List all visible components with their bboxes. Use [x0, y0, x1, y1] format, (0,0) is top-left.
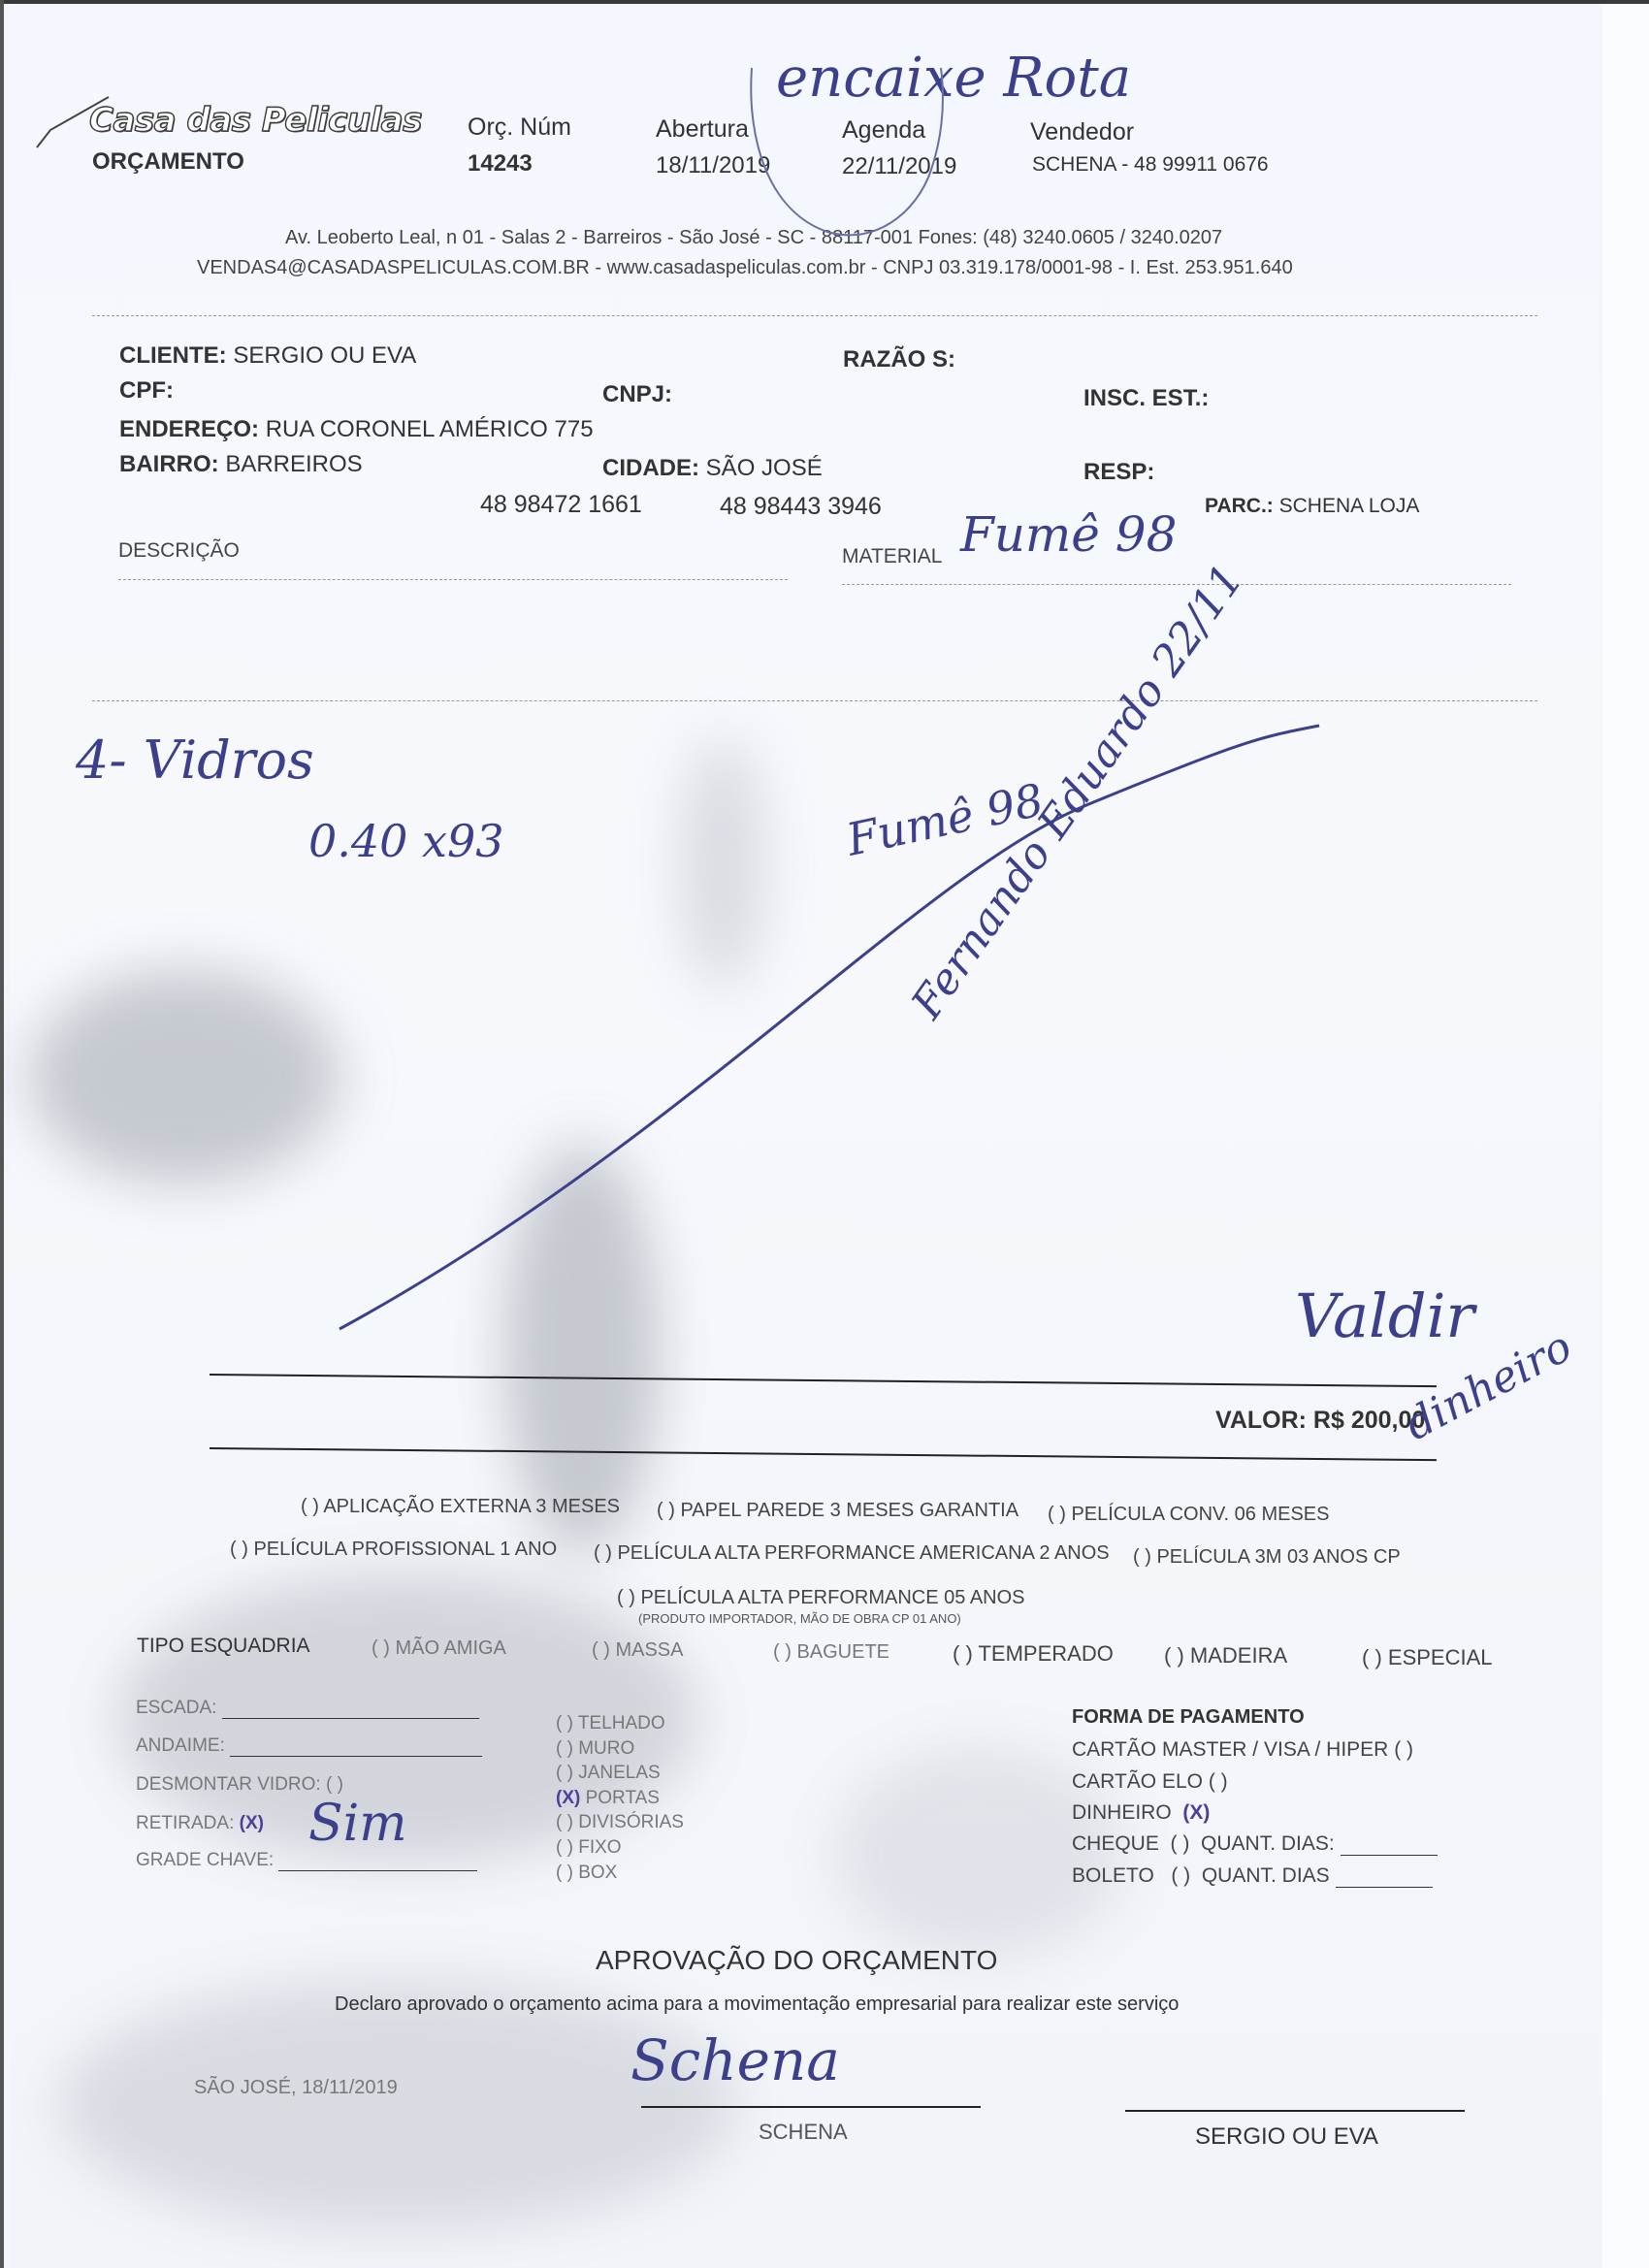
cidade-row: CIDADE: SÃO JOSÉ — [602, 455, 823, 482]
payment-master[interactable]: CARTÃO MASTER / VISA / HIPER ( ) — [1072, 1738, 1413, 1762]
material-label: MATERIAL — [842, 545, 942, 568]
cpf-label: CPF: — [119, 377, 174, 404]
andaime-row: ANDAIME: — [136, 1735, 482, 1757]
insc-label: INSC. EST.: — [1083, 385, 1209, 411]
material-line — [842, 584, 1511, 585]
payment-cheque-days-input[interactable] — [1341, 1837, 1438, 1856]
endereco-row: ENDEREÇO: RUA CORONEL AMÉRICO 775 — [119, 416, 594, 443]
smudge — [58, 1979, 737, 2231]
bairro-value: BARREIROS — [225, 451, 362, 477]
service-option-label: PELÍCULA PROFISSIONAL 1 ANO — [253, 1539, 557, 1560]
resp-label: RESP: — [1083, 459, 1154, 485]
vendedor-value: SCHENA - 48 99911 0676 — [1032, 153, 1269, 177]
service-option[interactable]: ( ) PELÍCULA PROFISSIONAL 1 ANO — [230, 1539, 557, 1561]
esquadria-option-label: ESPECIAL — [1388, 1645, 1493, 1669]
client-phone-2: 48 98443 3946 — [720, 493, 882, 521]
cpf-row: CPF: — [119, 377, 174, 405]
agenda-label: Agenda — [842, 116, 925, 145]
location-list: ( ) TELHADO ( ) MURO ( ) JANELAS (X) POR… — [556, 1711, 684, 1885]
desmontar-label: DESMONTAR VIDRO: — [136, 1774, 321, 1795]
esquadria-option[interactable]: ( ) BAGUETE — [773, 1641, 889, 1664]
cnpj-row: CNPJ: — [602, 381, 672, 408]
approval-title: APROVAÇÃO DO ORÇAMENTO — [596, 1945, 997, 1976]
endereco-value: RUA CORONEL AMÉRICO 775 — [266, 416, 594, 442]
material-handwritten: Fumê 98 — [960, 506, 1177, 563]
bairro-row: BAIRRO: BARREIROS — [119, 451, 363, 478]
payment-title: FORMA DE PAGAMENTO — [1072, 1706, 1305, 1729]
handwritten-initials: Valdir — [1295, 1280, 1474, 1351]
service-option-label: PAPEL PAREDE 3 MESES GARANTIA — [680, 1500, 1018, 1521]
smudge — [29, 970, 339, 1183]
payment-master-label: CARTÃO MASTER / VISA / HIPER — [1072, 1738, 1388, 1761]
orc-num-label: Orç. Núm — [468, 113, 571, 142]
scan-margin — [1602, 0, 1649, 2268]
vendedor-label: Vendedor — [1030, 118, 1134, 146]
cidade-label: CIDADE: — [602, 455, 699, 481]
razao-row: RAZÃO S: — [843, 346, 955, 373]
cnpj-label: CNPJ: — [602, 381, 672, 407]
location-item[interactable]: ( ) JANELAS — [556, 1761, 684, 1786]
payment-master-checkbox[interactable]: ( ) — [1394, 1738, 1413, 1761]
location-item[interactable]: ( ) BOX — [556, 1861, 684, 1886]
payment-elo[interactable]: CARTÃO ELO ( ) — [1072, 1770, 1228, 1794]
location-label: JANELAS — [578, 1763, 660, 1783]
grade-row: GRADE CHAVE: — [136, 1850, 477, 1871]
payment-boleto[interactable]: BOLETO ( ) QUANT. DIAS — [1072, 1864, 1433, 1888]
payment-dinheiro-checkbox[interactable]: (X) — [1182, 1801, 1210, 1824]
cliente-row: CLIENTE: SERGIO OU EVA — [119, 342, 416, 370]
service-option[interactable]: ( ) PAPEL PAREDE 3 MESES GARANTIA — [657, 1500, 1018, 1522]
service-option-label: PELÍCULA CONV. 06 MESES — [1071, 1504, 1329, 1525]
location-label: PORTAS — [586, 1788, 660, 1808]
endereco-label: ENDEREÇO: — [119, 416, 259, 442]
payment-cheque-label: CHEQUE — [1072, 1832, 1159, 1855]
retirada-row: RETIRADA: (X) — [136, 1813, 264, 1834]
location-label: TELHADO — [578, 1713, 665, 1733]
payment-boleto-days-input[interactable] — [1336, 1869, 1433, 1888]
payment-dinheiro[interactable]: DINHEIRO (X) — [1072, 1801, 1210, 1825]
escada-input[interactable] — [222, 1701, 479, 1719]
service-note: (PRODUTO IMPORTADOR, MÃO DE OBRA CP 01 A… — [638, 1611, 961, 1626]
location-label: MURO — [578, 1738, 634, 1759]
descricao-line — [118, 579, 788, 580]
location-label: BOX — [578, 1863, 617, 1883]
client-signature-line[interactable] — [1125, 2110, 1465, 2112]
service-option-label: PELÍCULA 3M 03 ANOS CP — [1156, 1546, 1400, 1568]
location-checkbox[interactable]: ( ) — [556, 1863, 573, 1883]
location-label: DIVISÓRIAS — [578, 1812, 684, 1832]
service-option[interactable]: ( ) APLICAÇÃO EXTERNA 3 MESES — [301, 1496, 620, 1518]
desmontar-checkbox[interactable]: ( ) — [326, 1774, 343, 1795]
smudge — [504, 1145, 660, 1552]
descricao-label: DESCRIÇÃO — [118, 539, 240, 563]
location-checkbox[interactable]: ( ) — [556, 1713, 573, 1733]
location-checkbox[interactable]: ( ) — [556, 1837, 573, 1858]
payment-elo-checkbox[interactable]: ( ) — [1209, 1770, 1228, 1793]
handwritten-item: 4- Vidros — [76, 729, 314, 791]
retirada-label: RETIRADA: — [136, 1813, 234, 1833]
handwritten-header-note: encaixe Rota — [776, 47, 1131, 110]
location-item[interactable]: ( ) TELHADO — [556, 1711, 684, 1736]
grade-label: GRADE CHAVE: — [136, 1850, 274, 1870]
service-option-label: PELÍCULA ALTA PERFORMANCE 05 ANOS — [640, 1587, 1024, 1608]
divider — [92, 700, 1537, 701]
esquadria-label: TIPO ESQUADRIA — [137, 1635, 310, 1658]
cliente-value: SERGIO OU EVA — [233, 342, 416, 369]
resp-row: RESP: — [1083, 459, 1154, 486]
scan-edge-top — [0, 0, 1649, 4]
retirada-handwritten: Sim — [308, 1795, 407, 1853]
payment-boleto-label: BOLETO — [1072, 1864, 1154, 1887]
andaime-label: ANDAIME: — [136, 1735, 225, 1756]
client-phone-1: 48 98472 1661 — [480, 491, 642, 519]
esquadria-option[interactable]: ( ) MÃO AMIGA — [372, 1637, 506, 1660]
location-item[interactable]: (X) PORTAS — [556, 1786, 684, 1811]
payment-boleto-days-label: QUANT. DIAS — [1202, 1864, 1330, 1887]
andaime-input[interactable] — [230, 1738, 482, 1757]
cliente-label: CLIENTE: — [119, 342, 227, 369]
esquadria-option[interactable]: ( ) ESPECIAL — [1362, 1645, 1493, 1670]
payment-boleto-checkbox[interactable]: ( ) — [1171, 1864, 1190, 1887]
abertura-date: 18/11/2019 — [656, 152, 770, 179]
location-item[interactable]: ( ) DIVISÓRIAS — [556, 1810, 684, 1835]
location-checkbox[interactable]: ( ) — [556, 1763, 573, 1783]
esquadria-option[interactable]: ( ) MASSA — [592, 1639, 683, 1662]
cidade-value: SÃO JOSÉ — [706, 455, 823, 481]
location-item[interactable]: ( ) MURO — [556, 1736, 684, 1762]
approval-place-date: SÃO JOSÉ, 18/11/2019 — [194, 2077, 398, 2099]
parc-value: SCHENA LOJA — [1279, 495, 1420, 517]
service-option[interactable]: ( ) PELÍCULA ALTA PERFORMANCE AMERICANA … — [594, 1542, 1110, 1565]
payment-cheque-checkbox[interactable]: ( ) — [1171, 1832, 1190, 1855]
client-name: SERGIO OU EVA — [1195, 2123, 1378, 2151]
handwritten-dimensions: 0.40 x93 — [308, 815, 504, 867]
company-logo: Casa das Peliculas — [89, 101, 422, 140]
location-checkbox[interactable]: ( ) — [556, 1738, 573, 1759]
parc-label: PARC.: — [1205, 495, 1274, 517]
location-item[interactable]: ( ) FIXO — [556, 1835, 684, 1861]
esquadria-option-label: MÃO AMIGA — [395, 1637, 505, 1659]
orc-num: 14243 — [468, 150, 533, 178]
payment-cheque-days-label: QUANT. DIAS: — [1201, 1832, 1335, 1855]
escada-label: ESCADA: — [136, 1698, 216, 1718]
esquadria-option-label: BAGUETE — [796, 1641, 889, 1663]
service-option-label: APLICAÇÃO EXTERNA 3 MESES — [323, 1496, 620, 1517]
location-label: FIXO — [578, 1837, 621, 1858]
esquadria-option[interactable]: ( ) MADEIRA — [1164, 1643, 1287, 1669]
approval-statement: Declaro aprovado o orçamento acima para … — [335, 1993, 1179, 2016]
payment-cheque[interactable]: CHEQUE ( ) QUANT. DIAS: — [1072, 1832, 1438, 1856]
smudge — [679, 737, 766, 989]
service-option[interactable]: ( ) PELÍCULA ALTA PERFORMANCE 05 ANOS — [617, 1587, 1025, 1609]
payment-elo-label: CARTÃO ELO — [1072, 1770, 1203, 1793]
service-option[interactable]: ( ) PELÍCULA 3M 03 ANOS CP — [1133, 1546, 1401, 1569]
location-checkbox[interactable]: ( ) — [556, 1812, 573, 1832]
seller-signature-line — [641, 2106, 981, 2108]
bairro-label: BAIRRO: — [119, 451, 219, 477]
company-address: Av. Leoberto Leal, n 01 - Salas 2 - Barr… — [285, 227, 1222, 249]
seller-signature: Schena — [630, 2027, 840, 2093]
company-contact: VENDAS4@CASADASPELICULAS.COM.BR - www.ca… — [197, 257, 1293, 279]
esquadria-option-label: TEMPERADO — [978, 1641, 1113, 1666]
esquadria-option[interactable]: ( ) TEMPERADO — [953, 1641, 1114, 1667]
escada-row: ESCADA: — [136, 1698, 479, 1719]
esquadria-option-label: MADEIRA — [1190, 1643, 1287, 1668]
seller-name: SCHENA — [759, 2120, 848, 2145]
valor-total: VALOR: R$ 200,00 — [1215, 1407, 1425, 1435]
grade-input[interactable] — [278, 1853, 477, 1871]
parc-row: PARC.: SCHENA LOJA — [1205, 495, 1419, 518]
location-checkbox[interactable]: (X) — [556, 1788, 580, 1808]
divider — [92, 315, 1537, 316]
esquadria-option-label: MASSA — [615, 1639, 683, 1661]
service-option-label: PELÍCULA ALTA PERFORMANCE AMERICANA 2 AN… — [617, 1542, 1109, 1564]
scan-edge-left — [0, 0, 4, 2268]
document-type: ORÇAMENTO — [92, 148, 244, 176]
service-option[interactable]: ( ) PELÍCULA CONV. 06 MESES — [1048, 1504, 1329, 1526]
desmontar-row: DESMONTAR VIDRO: ( ) — [136, 1774, 343, 1796]
razao-label: RAZÃO S: — [843, 346, 955, 373]
abertura-label: Abertura — [656, 115, 749, 144]
payment-dinheiro-label: DINHEIRO — [1072, 1801, 1172, 1824]
insc-row: INSC. EST.: — [1083, 385, 1209, 412]
retirada-checkbox[interactable]: (X) — [240, 1813, 264, 1833]
agenda-date: 22/11/2019 — [842, 153, 956, 180]
